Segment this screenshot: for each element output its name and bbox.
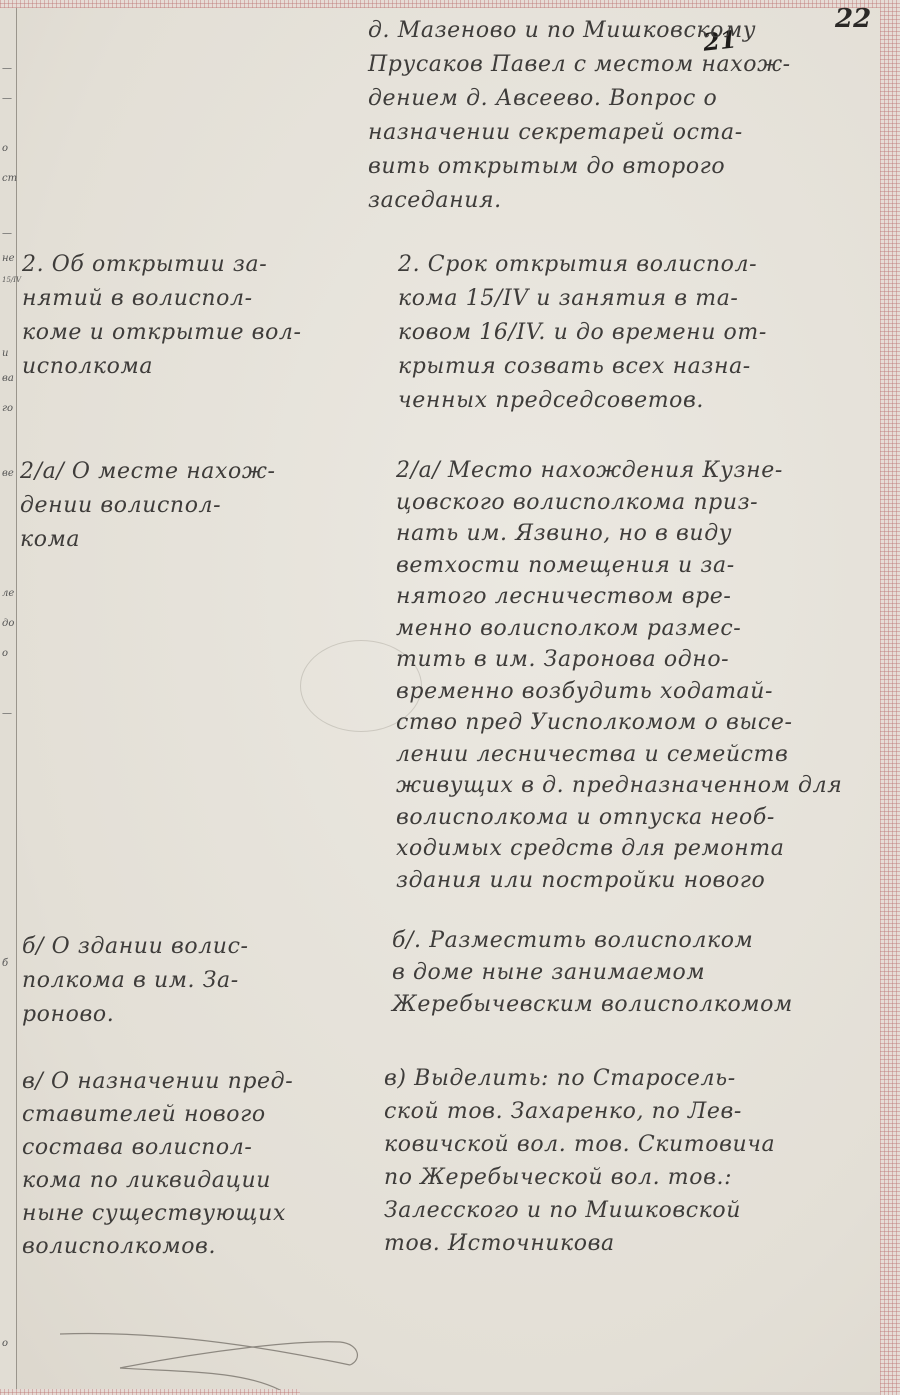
text-line: волисполкома и отпуска необ- — [396, 802, 842, 834]
intro-continuation: д. Мазеново и по Мишковскому Прусаков Па… — [368, 14, 791, 218]
text-line: кома — [20, 523, 276, 557]
previous-sheet-margin: — — о ст — не 15/IV и ва го ве ле до о —… — [0, 8, 17, 1395]
item-2b-resolution: б/. Разместить волисполком в доме ныне з… — [392, 925, 793, 1021]
text-line: лении лесничества и семейств — [396, 739, 842, 771]
text-line: Прусаков Павел с местом нахож- — [368, 48, 791, 82]
item-2-resolution: 2. Срок открытия волиспол- кома 15/IV и … — [398, 248, 767, 418]
margin-fragment: 15/IV — [2, 276, 21, 284]
item-2v-resolution: в) Выделить: по Старосель- ской тов. Зах… — [384, 1062, 775, 1260]
text-line: цовского волисполкома приз- — [396, 487, 842, 519]
text-line: ходимых средств для ремонта — [396, 833, 842, 865]
text-line: менно волисполком размес- — [396, 613, 842, 645]
text-line: ставителей нового — [22, 1098, 293, 1131]
folio-number: 22 — [835, 4, 871, 34]
text-line: назначении секретарей оста- — [368, 116, 791, 150]
text-line: нятого лесничеством вре- — [396, 581, 842, 613]
text-line: 2. Об открытии за- — [22, 248, 302, 282]
text-line: ковичской вол. тов. Скитовича — [384, 1128, 775, 1161]
text-line: заседания. — [368, 184, 791, 218]
margin-fragment: — — [2, 93, 12, 104]
item-2-question: 2. Об открытии за- нятий в волиспол- ком… — [22, 248, 302, 384]
text-line: в доме ныне занимаемом — [392, 957, 793, 989]
text-line: тить в им. Заронова одно- — [396, 644, 842, 676]
text-line: исполкома — [22, 350, 302, 384]
margin-fragment: — — [2, 708, 12, 719]
pencil-flourish-mark — [50, 1320, 570, 1390]
text-line: 2. Срок открытия волиспол- — [398, 248, 767, 282]
text-line: по Жеребычеcкой вол. тов.: — [384, 1161, 775, 1194]
text-line: ской тов. Захаренко, по Лев- — [384, 1095, 775, 1128]
margin-fragment: б — [2, 958, 8, 969]
item-2b-question: б/ О здании волис- полкома в им. За- рон… — [22, 930, 249, 1032]
text-line: кома по ликвидации — [22, 1164, 293, 1197]
text-line: ство пред Уисполкомом о высе- — [396, 707, 842, 739]
text-line: ныне существующих — [22, 1197, 293, 1230]
margin-fragment: ве — [2, 468, 14, 479]
text-line: вить открытым до второго — [368, 150, 791, 184]
text-line: б/ О здании волис- — [22, 930, 249, 964]
text-line: нать им. Язвино, но в виду — [396, 518, 842, 550]
text-line: состава волиспол- — [22, 1131, 293, 1164]
margin-fragment: о — [2, 1338, 8, 1349]
text-line: коме и открытие вол- — [22, 316, 302, 350]
item-2a-question: 2/а/ О месте нахож- дении волиспол- кома — [20, 455, 276, 557]
text-line: д. Мазеново и по Мишковскому — [368, 14, 791, 48]
text-line: в/ О назначении пред- — [22, 1065, 293, 1098]
text-line: роново. — [22, 998, 249, 1032]
left-margin-fragments: — — о ст — не 15/IV и ва го ве ле до о —… — [0, 8, 16, 1395]
text-line: в) Выделить: по Старосель- — [384, 1062, 775, 1095]
text-line: Залесского и по Мишковской — [384, 1194, 775, 1227]
text-line: б/. Разместить волисполком — [392, 925, 793, 957]
margin-fragment: го — [2, 403, 13, 414]
text-line: дении волиспол- — [20, 489, 276, 523]
graph-paper-edge-top — [0, 0, 900, 8]
text-line: временно возбудить ходатай- — [396, 676, 842, 708]
text-line: ченных председсоветов. — [398, 384, 767, 418]
margin-fragment: о — [2, 648, 8, 659]
item-2a-resolution: 2/а/ Место нахождения Кузне- цовского во… — [396, 455, 842, 896]
text-line: 2/а/ Место нахождения Кузне- — [396, 455, 842, 487]
text-line: тов. Источникова — [384, 1227, 775, 1260]
text-line: ветхости помещения и за- — [396, 550, 842, 582]
margin-fragment: ст — [2, 173, 17, 184]
margin-fragment: — — [2, 228, 12, 239]
margin-fragment: до — [2, 618, 14, 629]
text-line: живущих в д. предназначенном для — [396, 770, 842, 802]
margin-fragment: ле — [2, 588, 14, 599]
text-line: дением д. Авсеево. Вопрос о — [368, 82, 791, 116]
text-line: нятий в волиспол- — [22, 282, 302, 316]
item-2v-question: в/ О назначении пред- ставителей нового … — [22, 1065, 293, 1263]
margin-fragment: — — [2, 63, 12, 74]
text-line: здания или постройки нового — [396, 865, 842, 897]
graph-paper-edge-right — [880, 0, 900, 1395]
text-line: волисполкомов. — [22, 1230, 293, 1263]
margin-fragment: и — [2, 348, 8, 359]
text-line: полкома в им. За- — [22, 964, 249, 998]
text-line: крытия созвать всех назна- — [398, 350, 767, 384]
text-line: Жеребычевским волисполкомом — [392, 989, 793, 1021]
margin-fragment: ва — [2, 373, 14, 384]
margin-fragment: о — [2, 143, 8, 154]
margin-fragment: не — [2, 253, 15, 264]
text-line: 2/а/ О месте нахож- — [20, 455, 276, 489]
text-line: ковом 16/IV. и до времени от- — [398, 316, 767, 350]
text-line: кома 15/IV и занятия в та- — [398, 282, 767, 316]
